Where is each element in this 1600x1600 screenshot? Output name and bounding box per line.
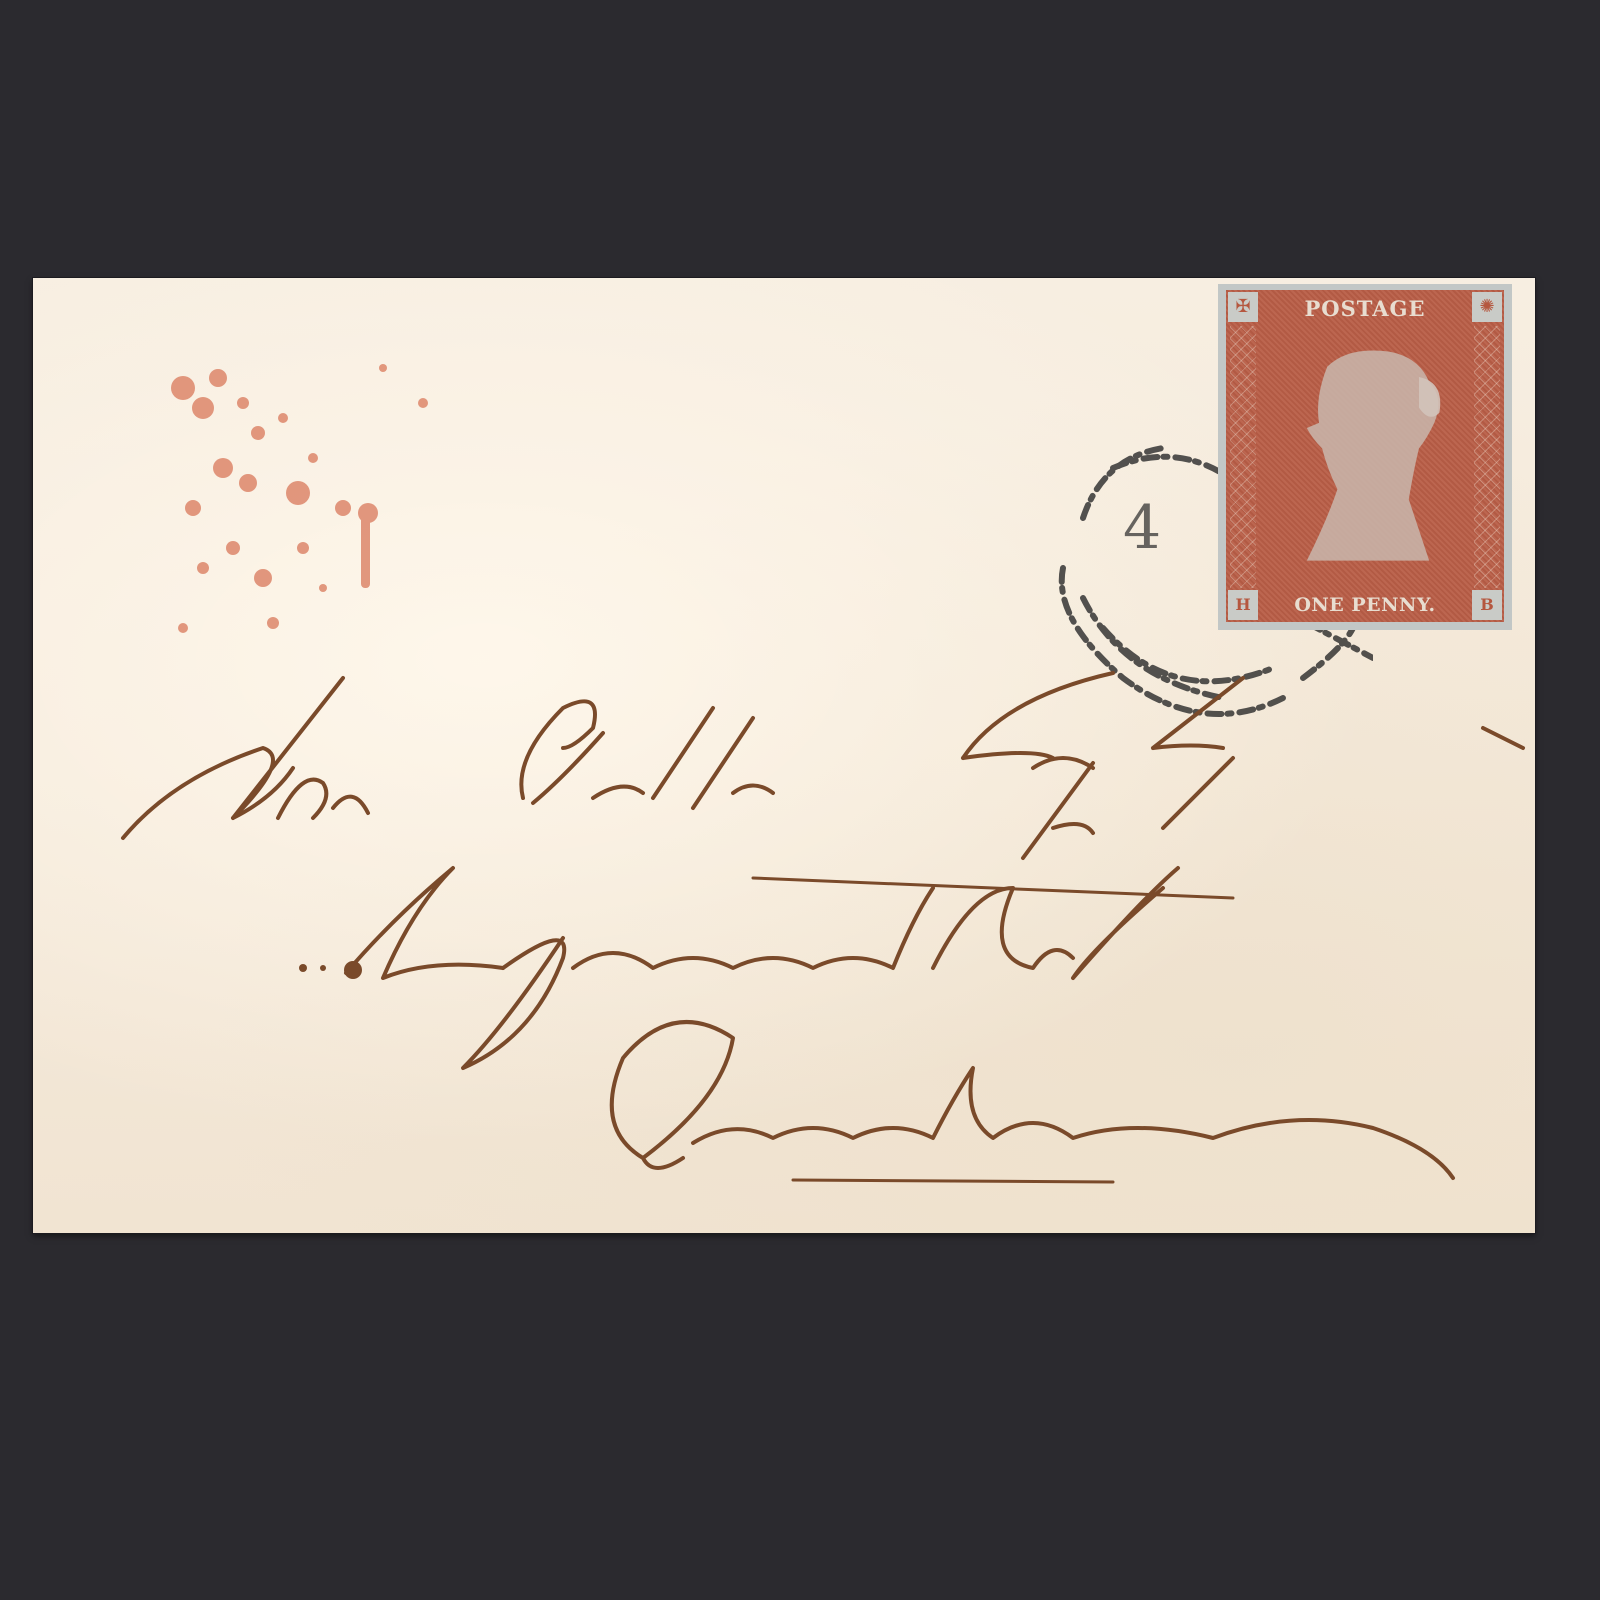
envelope: 4 ✠ ✺ POSTAGE ONE PENNY. H B — [33, 278, 1535, 1233]
handwritten-address — [33, 278, 1535, 1233]
